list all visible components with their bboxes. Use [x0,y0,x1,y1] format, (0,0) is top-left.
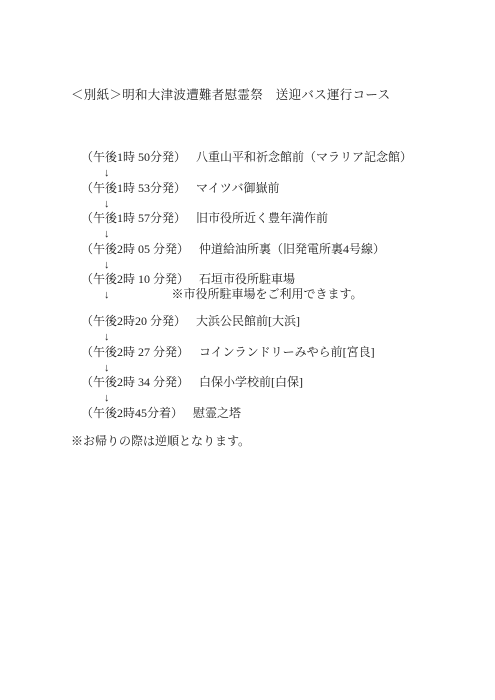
route-arrow-line: ↓ [81,257,495,273]
route-stop-9: （午後2時45分着）慰霊之塔 [81,406,495,421]
route-arrow-line: ↓ [81,360,495,376]
down-arrow-icon: ↓ [104,228,110,240]
route-arrow-line: ↓ [81,226,495,242]
stop-time: （午後2時 05 分発） [81,242,189,256]
stop-name: 八重山平和祈念館前（マラリア記念館） [196,150,412,164]
bus-route-list: （午後1時 50分発）八重山平和祈念館前（マラリア記念館） ↓ （午後1時 53… [81,150,495,421]
route-stop-5: （午後2時 10 分発）石垣市役所駐車場 [81,272,495,287]
down-arrow-icon: ↓ [104,392,110,404]
stop-time: （午後1時 53分発） [81,181,186,195]
route-arrow-line-with-note: ↓※市役所駐車場をご利用できます。 [81,287,495,303]
stop-name: 慰霊之塔 [193,406,241,420]
route-arrow-line: ↓ [81,196,495,212]
route-stop-4: （午後2時 05 分発）仲道給油所裏（旧発電所裏4号線） [81,242,495,257]
route-stop-7: （午後2時 27 分発）コインランドリーみやら前[宮良] [81,345,495,360]
route-arrow-line: ↓ [81,329,495,345]
down-arrow-icon: ↓ [104,259,110,271]
down-arrow-icon: ↓ [104,331,110,343]
stop-name: マイツバ御嶽前 [196,181,280,195]
route-arrow-line: ↓ [81,165,495,181]
down-arrow-icon: ↓ [104,198,110,210]
stop-name: コインランドリーみやら前[宮良] [199,345,375,359]
stop-name: 大浜公民館前[大浜] [196,314,300,328]
stop-time: （午後2時 34 分発） [81,375,189,389]
stop-time: （午後2時45分着） [81,406,183,420]
stop-name: 旧市役所近く豊年満作前 [196,211,328,225]
stop-time: （午後2時20 分発） [81,314,186,328]
return-trip-footnote: ※お帰りの際は逆順となります。 [71,434,495,449]
stop-time: （午後2時 10 分発） [81,272,189,286]
route-stop-3: （午後1時 57分発）旧市役所近く豊年満作前 [81,211,495,226]
stop-name: 仲道給油所裏（旧発電所裏4号線） [199,242,385,256]
document-page: ＜別紙＞明和大津波遭難者慰霊祭 送迎バス運行コース （午後1時 50分発）八重山… [0,0,495,700]
route-stop-2: （午後1時 53分発）マイツバ御嶽前 [81,181,495,196]
route-arrow-line: ↓ [81,390,495,406]
stop-name: 石垣市役所駐車場 [199,272,295,286]
stop-time: （午後1時 57分発） [81,211,186,225]
stop-time: （午後1時 50分発） [81,150,186,164]
route-stop-6: （午後2時20 分発）大浜公民館前[大浜] [81,314,495,329]
parking-note: ※市役所駐車場をご利用できます。 [172,287,363,301]
down-arrow-icon: ↓ [104,167,110,179]
stop-name: 白保小学校前[白保] [199,375,303,389]
page-title: ＜別紙＞明和大津波遭難者慰霊祭 送迎バス運行コース [71,88,495,103]
route-stop-8: （午後2時 34 分発）白保小学校前[白保] [81,375,495,390]
down-arrow-icon: ↓ [104,289,110,301]
down-arrow-icon: ↓ [104,362,110,374]
stop-time: （午後2時 27 分発） [81,345,189,359]
route-stop-1: （午後1時 50分発）八重山平和祈念館前（マラリア記念館） [81,150,495,165]
